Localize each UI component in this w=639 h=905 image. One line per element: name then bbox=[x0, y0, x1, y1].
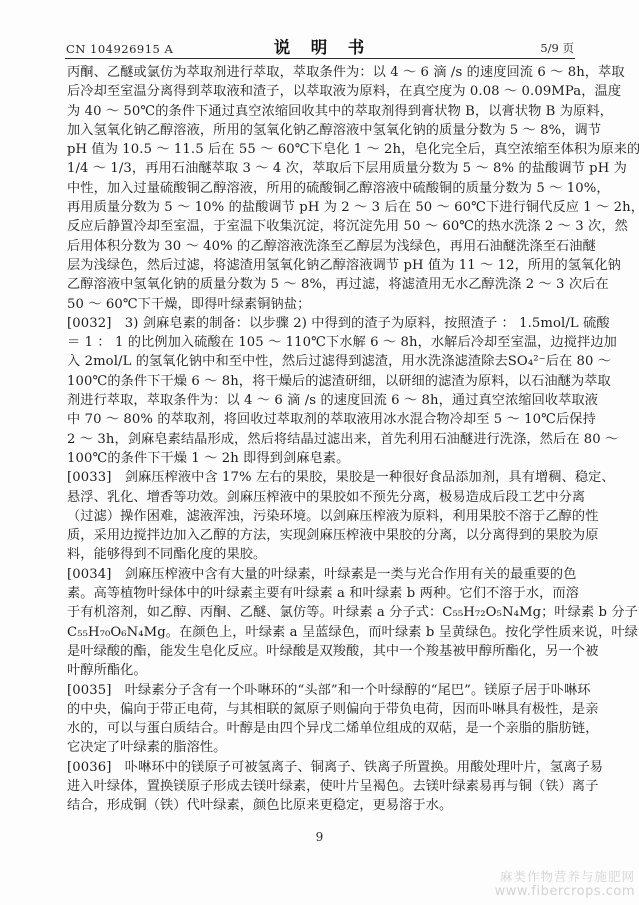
text-line: 中性，加入过量硫酸铜乙醇溶液，所用的硫酸铜乙醇溶液中硫酸铜的质量分数为 5 ～ … bbox=[67, 179, 575, 198]
text-line: 悬浮、乳化、增香等功效。剑麻压榨液中的果胶如不预先分离，极易造成后段工艺中分离 bbox=[67, 488, 575, 507]
header-divider bbox=[65, 58, 575, 59]
text-line: 的中央，偏向于带正电荷，与其相联的氮原子则偏向于带负电荷，因而卟啉具有极性，是亲 bbox=[67, 700, 575, 719]
text-line: 再用质量分数为 5 ～ 10% 的盐酸调节 pH 为 2 ～ 3 后在 50 ～… bbox=[67, 198, 575, 217]
text-line: 1/4 ～ 1/3，再用石油醚萃取 3 ～ 4 次，萃取后下层用质量分数为 5 … bbox=[67, 159, 575, 178]
text-line: 反应后静置冷却至室温，于室温下收集沉淀，将沉淀先用 50 ～ 60℃的热水洗涤 … bbox=[67, 217, 575, 236]
text-line: 水的，可以与蛋白质结合。叶醇是由四个异戊二烯单位组成的双萜，是一个亲脂的脂肪链， bbox=[67, 719, 575, 738]
text-line: C₅₅H₇₀O₆N₄Mg。在颜色上，叶绿素 a 呈蓝绿色，而叶绿素 b 呈黄绿色… bbox=[67, 623, 575, 642]
text-line: 100℃的条件下干燥 1 ～ 2h 即得到剑麻皂素。 bbox=[67, 449, 575, 468]
text-line: 后用体积分数为 30 ～ 40% 的乙醇溶液洗涤至乙醇层为浅绿色，再用石油醚洗涤… bbox=[67, 237, 575, 256]
document-title: 说 明 书 bbox=[66, 34, 574, 58]
text-line: 入 2mol/L 的氢氧化钠中和至中性，然后过滤得到滤渣，用水洗涤滤渣除去SO₄… bbox=[67, 352, 575, 371]
text-line: 是叶绿酸的酯，能发生皂化反应。叶绿酸是双羧酸，其中一个羧基被甲醇所酯化，另一个被 bbox=[67, 642, 575, 661]
text-line: 50 ～ 60℃下干燥，即得叶绿素铜钠盐； bbox=[67, 295, 575, 314]
text-line: 结合，形成铜（铁）代叶绿素，颜色比原来更稳定，更易溶于水。 bbox=[67, 796, 575, 815]
page-indicator: 5/9 页 bbox=[540, 40, 574, 56]
specification-body: 丙酮、乙醚或氯仿为萃取剂进行萃取，萃取条件为：以 4 ～ 6 滴 /s 的速度回… bbox=[67, 63, 575, 816]
patent-specification-page: CN 104926915 A 说 明 书 5/9 页 丙酮、乙醚或氯仿为萃取剂进… bbox=[0, 0, 639, 905]
text-line: 丙酮、乙醚或氯仿为萃取剂进行萃取，萃取条件为：以 4 ～ 6 滴 /s 的速度回… bbox=[67, 63, 575, 82]
text-line: 叶醇所酯化。 bbox=[67, 661, 575, 680]
text-line: 为 40 ～ 50℃的条件下通过真空浓缩回收其中的萃取剂得到膏状物 B，以膏状物… bbox=[67, 102, 575, 121]
text-line: 素。高等植物叶绿体中的叶绿素主要有叶绿素 a 和叶绿素 b 两种。它们不溶于水，… bbox=[67, 584, 575, 603]
text-line: 后冷却至室温分离得到萃取液和渣子，以萃取液为原料，在真空度为 0.08 ～ 0.… bbox=[67, 82, 575, 101]
text-line: 层为浅绿色，然后过滤，将滤渣用氢氧化钠乙醇溶液调节 pH 值为 11 ～ 12，… bbox=[67, 256, 575, 275]
watermark-site-url: www.fibercrops.com bbox=[495, 884, 635, 899]
text-line: pH 值为 10.5 ～ 11.5 后在 55 ～ 60℃下皂化 1 ～ 2h，… bbox=[67, 140, 575, 159]
text-line: 进入叶绿体，置换镁原子形成去镁叶绿素，使叶片呈褐色。去镁叶绿素易再与铜（铁）离子 bbox=[67, 777, 575, 796]
page-header: CN 104926915 A 说 明 书 5/9 页 bbox=[66, 36, 574, 58]
text-line: 2 ～ 3h，剑麻皂素结晶形成，然后将结晶过滤出来，首先利用石油醚进行洗涤，然后… bbox=[67, 430, 575, 449]
text-line: 剂进行萃取，萃取条件为：以 4 ～ 6 滴 /s 的速度回流 6 ～ 8h，通过… bbox=[67, 391, 575, 410]
text-line: 乙醇溶液中氢氧化钠的质量分数为 5 ～ 8%，再过滤，将滤渣用无水乙醇洗涤 2 … bbox=[67, 275, 575, 294]
watermark: 麻类作物营养与施肥网 www.fibercrops.com bbox=[495, 869, 635, 899]
text-line: [0036] 卟啉环中的镁原子可被氢离子、铜离子、铁离子所置换。用酸处理叶片，氢… bbox=[67, 758, 575, 777]
text-line: [0032] 3) 剑麻皂素的制备：以步骤 2) 中得到的渣子为原料，按照渣子 … bbox=[67, 314, 575, 333]
watermark-site-name: 麻类作物营养与施肥网 bbox=[495, 869, 635, 884]
text-line: 它决定了叶绿素的脂溶性。 bbox=[67, 738, 575, 757]
text-line: 质，采用边搅拌边加入乙醇的方法，实现剑麻压榨液中果胶的分离，以分离得到的果胶为原 bbox=[67, 526, 575, 545]
text-line: 料，能够得到不同酯化度的果胶。 bbox=[67, 545, 575, 564]
text-line: 中 70 ～ 80% 的萃取剂，将回收过萃取剂的萃取液用冰水混合物冷却至 5 ～… bbox=[67, 410, 575, 429]
text-line: [0034] 剑麻压榨液中含有大量的叶绿素，叶绿素是一类与光合作用有关的最重要的… bbox=[67, 565, 575, 584]
text-line: [0035] 叶绿素分子含有一个卟啉环的“头部”和一个叶绿醇的“尾巴”。镁原子居… bbox=[67, 681, 575, 700]
text-line: （过滤）操作困难，滤液浑浊，污染环境。以剑麻压榨液为原料，利用果胶不溶于乙醇的性 bbox=[67, 507, 575, 526]
page-number: 9 bbox=[0, 830, 639, 844]
text-line: ＝ 1 ： 1 的比例加入硫酸在 105 ～ 110℃下水解 6 ～ 8h，水解… bbox=[67, 333, 575, 352]
text-line: 于有机溶剂，如乙醇、丙酮、乙醚、氯仿等。叶绿素 a 分子式：C₅₅H₇₂O₅N₄… bbox=[67, 603, 575, 622]
text-line: 加入氢氧化钠乙醇溶液，所用的氢氧化钠乙醇溶液中氢氧化钠的质量分数为 5 ～ 8%… bbox=[67, 121, 575, 140]
text-line: [0033] 剑麻压榨液中含 17% 左右的果胶，果胶是一种很好食品添加剂，具有… bbox=[67, 468, 575, 487]
text-line: 100℃的条件下干燥 6 ～ 8h，将干燥后的滤渣研细，以研细的滤渣为原料，以石… bbox=[67, 372, 575, 391]
